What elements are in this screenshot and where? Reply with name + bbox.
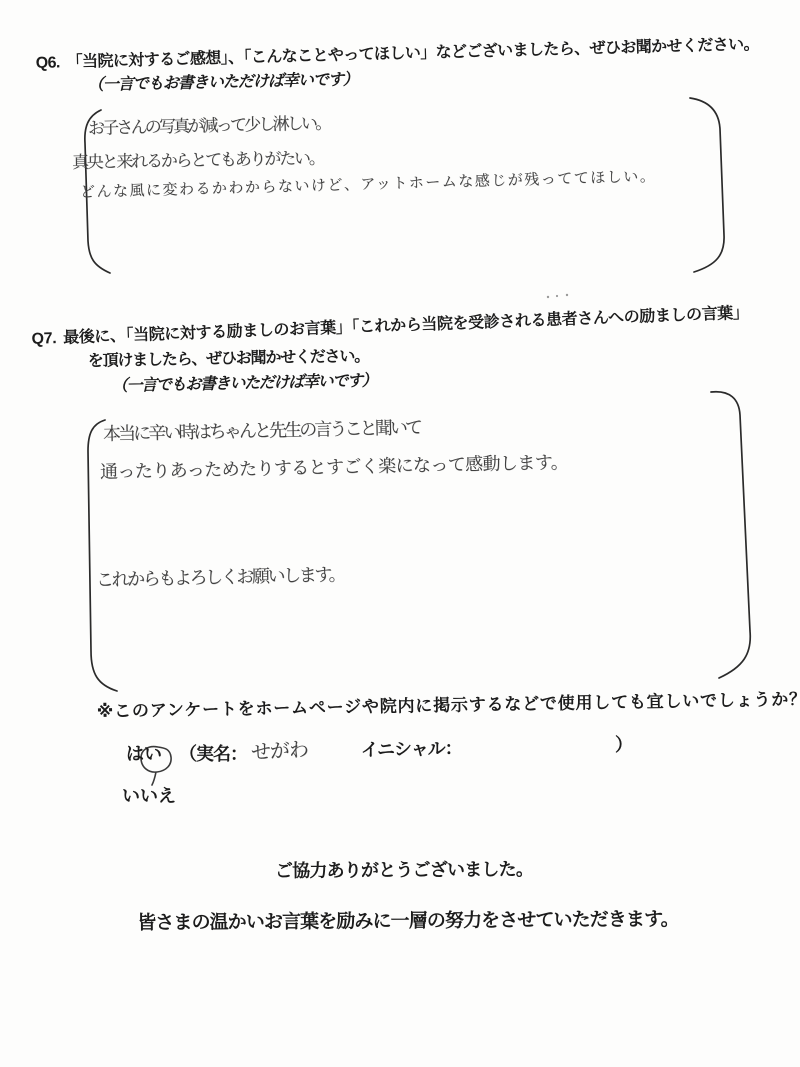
q7-answer-line-1: 本当に辛い時はちゃんと先生の言うこと聞いて: [103, 417, 420, 445]
q7-question-line-1: 最後に、「当院に対する励ましのお言葉」「これから当院を受診される患者さんへの励ま…: [63, 302, 800, 348]
q7-note: （一言でもお書きいただけば幸いです）: [112, 371, 377, 396]
scan-speckles: [547, 294, 568, 298]
q6-note: （一言でもお書きいただけば幸いです）: [88, 70, 358, 95]
footer-thanks: ご協力ありがとうございました。: [0, 857, 800, 884]
consent-option-no: いいえ: [122, 786, 176, 808]
footer-pledge: 皆さまの温かいお言葉を励みに一層の努力をさせていただきます。: [0, 908, 800, 936]
q6-label: Q6.: [35, 53, 59, 73]
survey-page: Q6. 「当院に対するご感想」、「こんなことやってほしい」などございましたら、ぜ…: [0, 0, 800, 1067]
q6-answer-line-3: どんな風に変わるかわからないけど、アットホームな感じが残っててほしい。: [80, 168, 657, 202]
consent-close-paren: ）: [615, 735, 633, 757]
consent-question: ※このアンケートをホームページや院内に掲示するなどで使用しても宜しいでしょうか？: [97, 690, 800, 723]
q7-question-row: Q7. 最後に、「当院に対する励ましのお言葉」「これから当院を受診される患者さん…: [31, 302, 800, 349]
consent-real-name-label: （実名：: [179, 744, 247, 766]
consent-option-yes: はい: [126, 744, 162, 766]
consent-initial-label: イニシャル：: [361, 738, 462, 761]
q7-answer-line-3: これからもよろしくお願いします。: [96, 564, 345, 591]
q7-answer-bracket-left-icon: [88, 420, 117, 691]
q7-label: Q7.: [31, 329, 56, 349]
q7-question-line-2: を頂けましたら、ぜひお聞かせください。: [88, 347, 369, 371]
q6-question-row: Q6. 「当院に対するご感想」、「こんなことやってほしい」などございましたら、ぜ…: [35, 34, 797, 73]
q6-answer-line-2: 真央と来れるからとてもありがたい。: [72, 149, 324, 174]
consent-real-name-value: せがわ: [250, 738, 308, 765]
q7-answer-line-2: 通ったりあっためたりするとすごく楽になって感動します。: [100, 452, 569, 483]
q6-question-text: 「当院に対するご感想」、「こんなことやってほしい」などございましたら、ぜひお聞か…: [66, 34, 797, 72]
q7-answer-bracket-right-icon: [711, 392, 750, 678]
q6-answer-bracket-right-icon: [690, 98, 724, 272]
q6-answer-line-1: お子さんの写真が減って少し淋しい。: [88, 114, 330, 140]
